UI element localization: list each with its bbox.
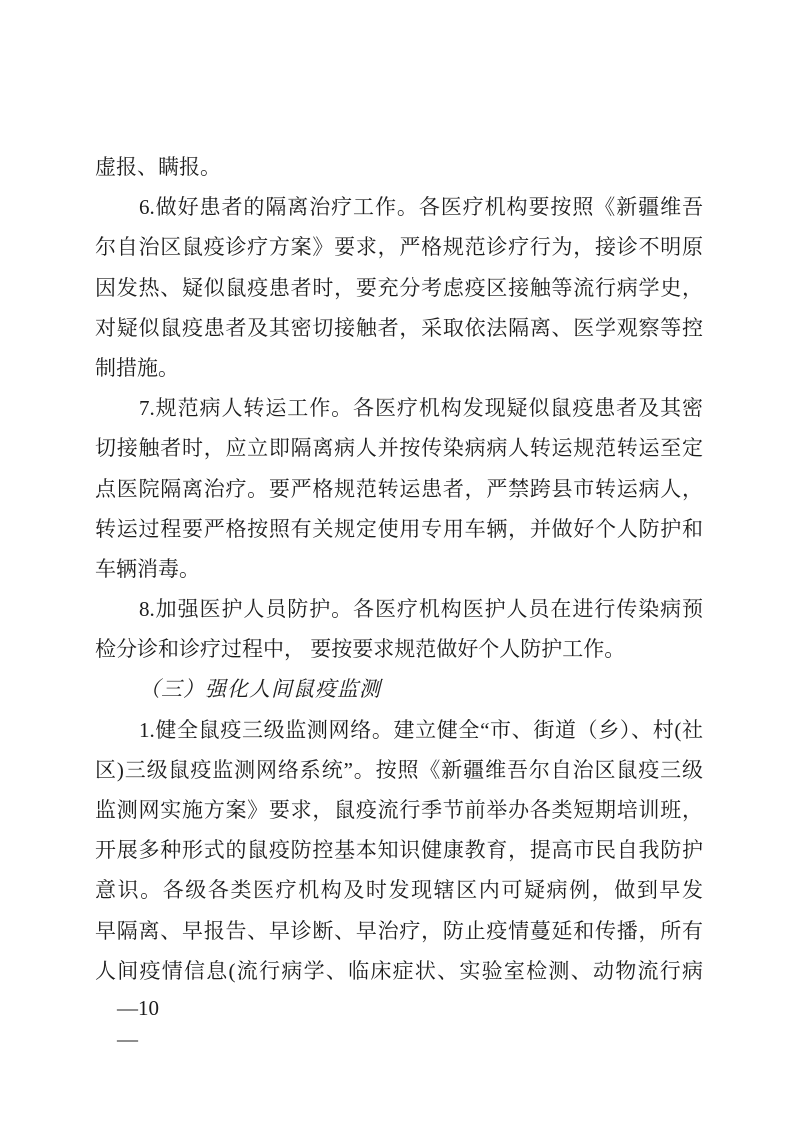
text-line: 人间疫情信息(流行病学、临床症状、实验室检测、动物流行病 — [95, 951, 703, 991]
text-line: 因发热、疑似鼠疫患者时，要充分考虑疫区接触等流行病学史， — [95, 268, 703, 308]
text-line: 检分诊和诊疗过程中， 要按要求规范做好个人防护工作。 — [95, 629, 703, 669]
text-line: 监测网实施方案》要求，鼠疫流行季节前举办各类短期培训班， — [95, 790, 703, 830]
page-number-line-1: —10 — [117, 993, 159, 1024]
body-text: 虚报、瞒报。6.做好患者的隔离治疗工作。各医疗机构要按照《新疆维吾尔自治区鼠疫诊… — [95, 147, 703, 991]
text-line: 对疑似鼠疫患者及其密切接触者，采取依法隔离、医学观察等控 — [95, 308, 703, 348]
text-line: 转运过程要严格按照有关规定使用专用车辆，并做好个人防护和 — [95, 509, 703, 549]
section-heading: （三）强化人间鼠疫监测 — [95, 669, 703, 709]
text-line: 意识。各级各类医疗机构及时发现辖区内可疑病例，做到早发现、 — [95, 870, 703, 910]
page-number: —10 — — [117, 993, 159, 1055]
text-line: 早隔离、早报告、早诊断、早治疗，防止疫情蔓延和传播，所有 — [95, 911, 703, 951]
text-line: 切接触者时，应立即隔离病人并按传染病病人转运规范转运至定 — [95, 428, 703, 468]
text-line: 7.规范病人转运工作。各医疗机构发现疑似鼠疫患者及其密 — [95, 388, 703, 428]
text-line: 车辆消毒。 — [95, 549, 703, 589]
text-line: 制措施。 — [95, 348, 703, 388]
text-line: 虚报、瞒报。 — [95, 147, 703, 187]
text-line: 1.健全鼠疫三级监测网络。建立健全“市、街道（乡）、村(社 — [95, 710, 703, 750]
text-line: 8.加强医护人员防护。各医疗机构医护人员在进行传染病预 — [95, 589, 703, 629]
text-line: 开展多种形式的鼠疫防控基本知识健康教育，提高市民自我防护 — [95, 830, 703, 870]
text-line: 6.做好患者的隔离治疗工作。各医疗机构要按照《新疆维吾 — [95, 187, 703, 227]
text-line: 区)三级鼠疫监测网络系统”。按照《新疆维吾尔自治区鼠疫三级 — [95, 750, 703, 790]
text-line: 尔自治区鼠疫诊疗方案》要求，严格规范诊疗行为，接诊不明原 — [95, 227, 703, 267]
document-page: 虚报、瞒报。6.做好患者的隔离治疗工作。各医疗机构要按照《新疆维吾尔自治区鼠疫诊… — [0, 0, 793, 1122]
text-line: 点医院隔离治疗。要严格规范转运患者，严禁跨县市转运病人， — [95, 469, 703, 509]
page-number-line-2: — — [117, 1024, 159, 1055]
